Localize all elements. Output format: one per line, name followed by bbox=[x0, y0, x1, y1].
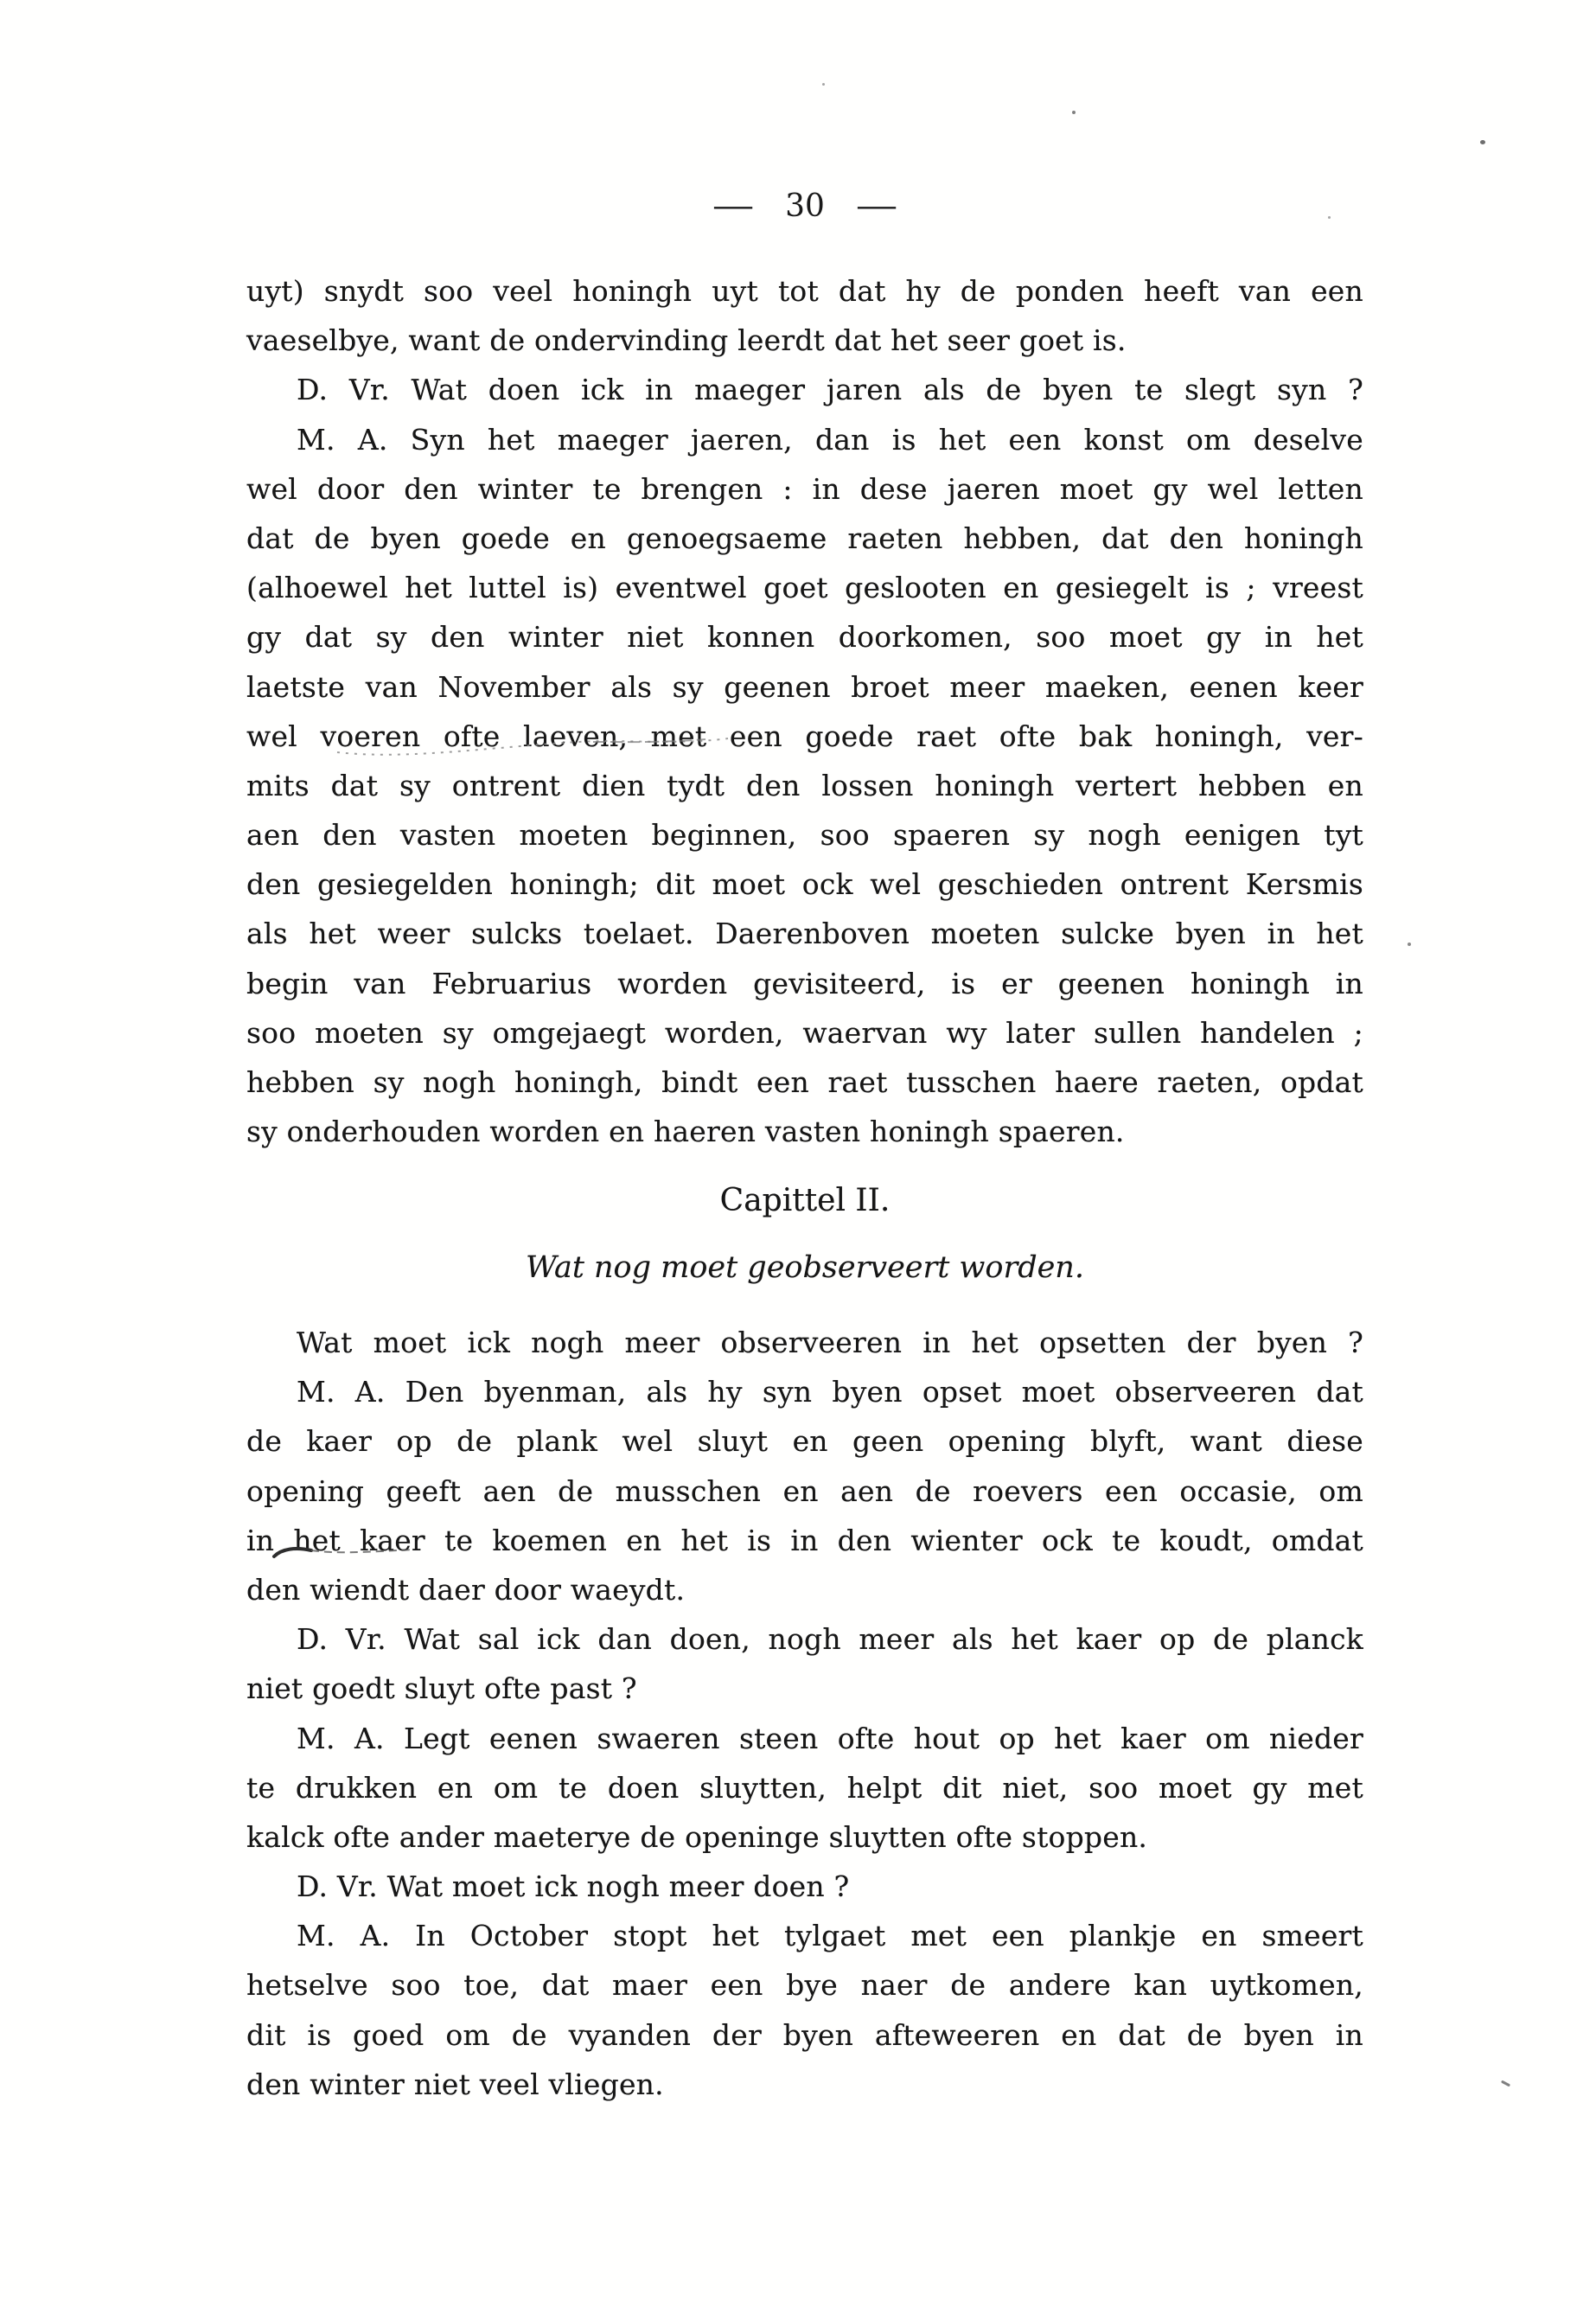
text-line: begin van Februarius worden gevisiteerd,… bbox=[246, 959, 1363, 1008]
text-line: soo moeten sy omgejaegt worden, waervan … bbox=[246, 1008, 1363, 1058]
text-line: den gesiegelden honingh; dit moet ock we… bbox=[246, 860, 1363, 909]
scan-speck bbox=[1328, 216, 1331, 219]
text-line: D. Vr. Wat moet ick nogh meer doen ? bbox=[246, 1862, 1363, 1911]
scanned-book-page: —30— uyt) snydt soo veel honingh uyt tot… bbox=[0, 0, 1596, 2307]
text-line: Wat moet ick nogh meer observeeren in he… bbox=[246, 1318, 1363, 1367]
text-line: mits dat sy ontrent dien tydt den lossen… bbox=[246, 761, 1363, 810]
text-line: uyt) snydt soo veel honingh uyt tot dat … bbox=[246, 266, 1363, 316]
text-block-2: Wat moet ick nogh meer observeeren in he… bbox=[246, 1318, 1363, 2109]
text-line: hebben sy nogh honingh, bindt een raet t… bbox=[246, 1058, 1363, 1107]
text-line: dit is goed om de vyanden der byen aftew… bbox=[246, 2010, 1363, 2060]
scan-speck bbox=[1072, 111, 1076, 114]
text-line: gy dat sy den winter niet konnen doorkom… bbox=[246, 612, 1363, 661]
text-line: M. A. Den byenman, als hy syn byen opset… bbox=[246, 1367, 1363, 1416]
text-line: D. Vr. Wat doen ick in maeger jaren als … bbox=[246, 365, 1363, 414]
text-line: M. A. Legt eenen swaeren steen ofte hout… bbox=[246, 1714, 1363, 1763]
header-dash-left: — bbox=[712, 189, 755, 224]
scan-speck bbox=[1501, 2080, 1510, 2087]
text-line: in het kaer te koemen en het is in den w… bbox=[246, 1516, 1363, 1565]
text-line: de kaer op de plank wel sluyt en geen op… bbox=[246, 1416, 1363, 1466]
header-dash-right: — bbox=[856, 189, 898, 224]
text-line: M. A. In October stopt het tylgaet met e… bbox=[246, 1911, 1363, 1960]
text-line: wel voeren ofte laeven, met een goede ra… bbox=[246, 712, 1363, 761]
chapter-subtitle: Wat nog moet geobserveert worden. bbox=[246, 1250, 1363, 1285]
text-line: laetste van November als sy geenen broet… bbox=[246, 662, 1363, 712]
text-line: M. A. Syn het maeger jaeren, dan is het … bbox=[246, 415, 1363, 464]
text-line: sy onderhouden worden en haeren vasten h… bbox=[246, 1107, 1363, 1156]
text-line: aen den vasten moeten beginnen, soo spae… bbox=[246, 810, 1363, 860]
page-header: —30— bbox=[246, 189, 1363, 224]
text-line: te drukken en om te doen sluytten, helpt… bbox=[246, 1763, 1363, 1812]
text-line: D. Vr. Wat sal ick dan doen, nogh meer a… bbox=[246, 1614, 1363, 1664]
text-line: wel door den winter te brengen : in dese… bbox=[246, 464, 1363, 514]
text-line: den wiendt daer door waeydt. bbox=[246, 1565, 1363, 1614]
text-line: opening geeft aen de musschen en aen de … bbox=[246, 1467, 1363, 1516]
text-line: kalck ofte ander maeterye de openinge sl… bbox=[246, 1812, 1363, 1862]
scan-speck bbox=[1408, 943, 1411, 946]
text-line: als het weer sulcks toelaet. Daerenboven… bbox=[246, 909, 1363, 958]
text-line: vaeselbye, want de ondervinding leerdt d… bbox=[246, 316, 1363, 365]
scan-speck bbox=[1480, 140, 1485, 144]
text-block-1: uyt) snydt soo veel honingh uyt tot dat … bbox=[246, 266, 1363, 1156]
text-line: den winter niet veel vliegen. bbox=[246, 2060, 1363, 2109]
page-number: 30 bbox=[785, 189, 825, 224]
scan-speck bbox=[822, 83, 825, 86]
text-line: (alhoewel het luttel is) eventwel goet g… bbox=[246, 563, 1363, 612]
text-line: hetselve soo toe, dat maer een bye naer … bbox=[246, 1960, 1363, 2010]
text-line: dat de byen goede en genoegsaeme raeten … bbox=[246, 514, 1363, 563]
text-line: niet goedt sluyt ofte past ? bbox=[246, 1664, 1363, 1713]
chapter-heading: Capittel II. bbox=[246, 1183, 1363, 1218]
